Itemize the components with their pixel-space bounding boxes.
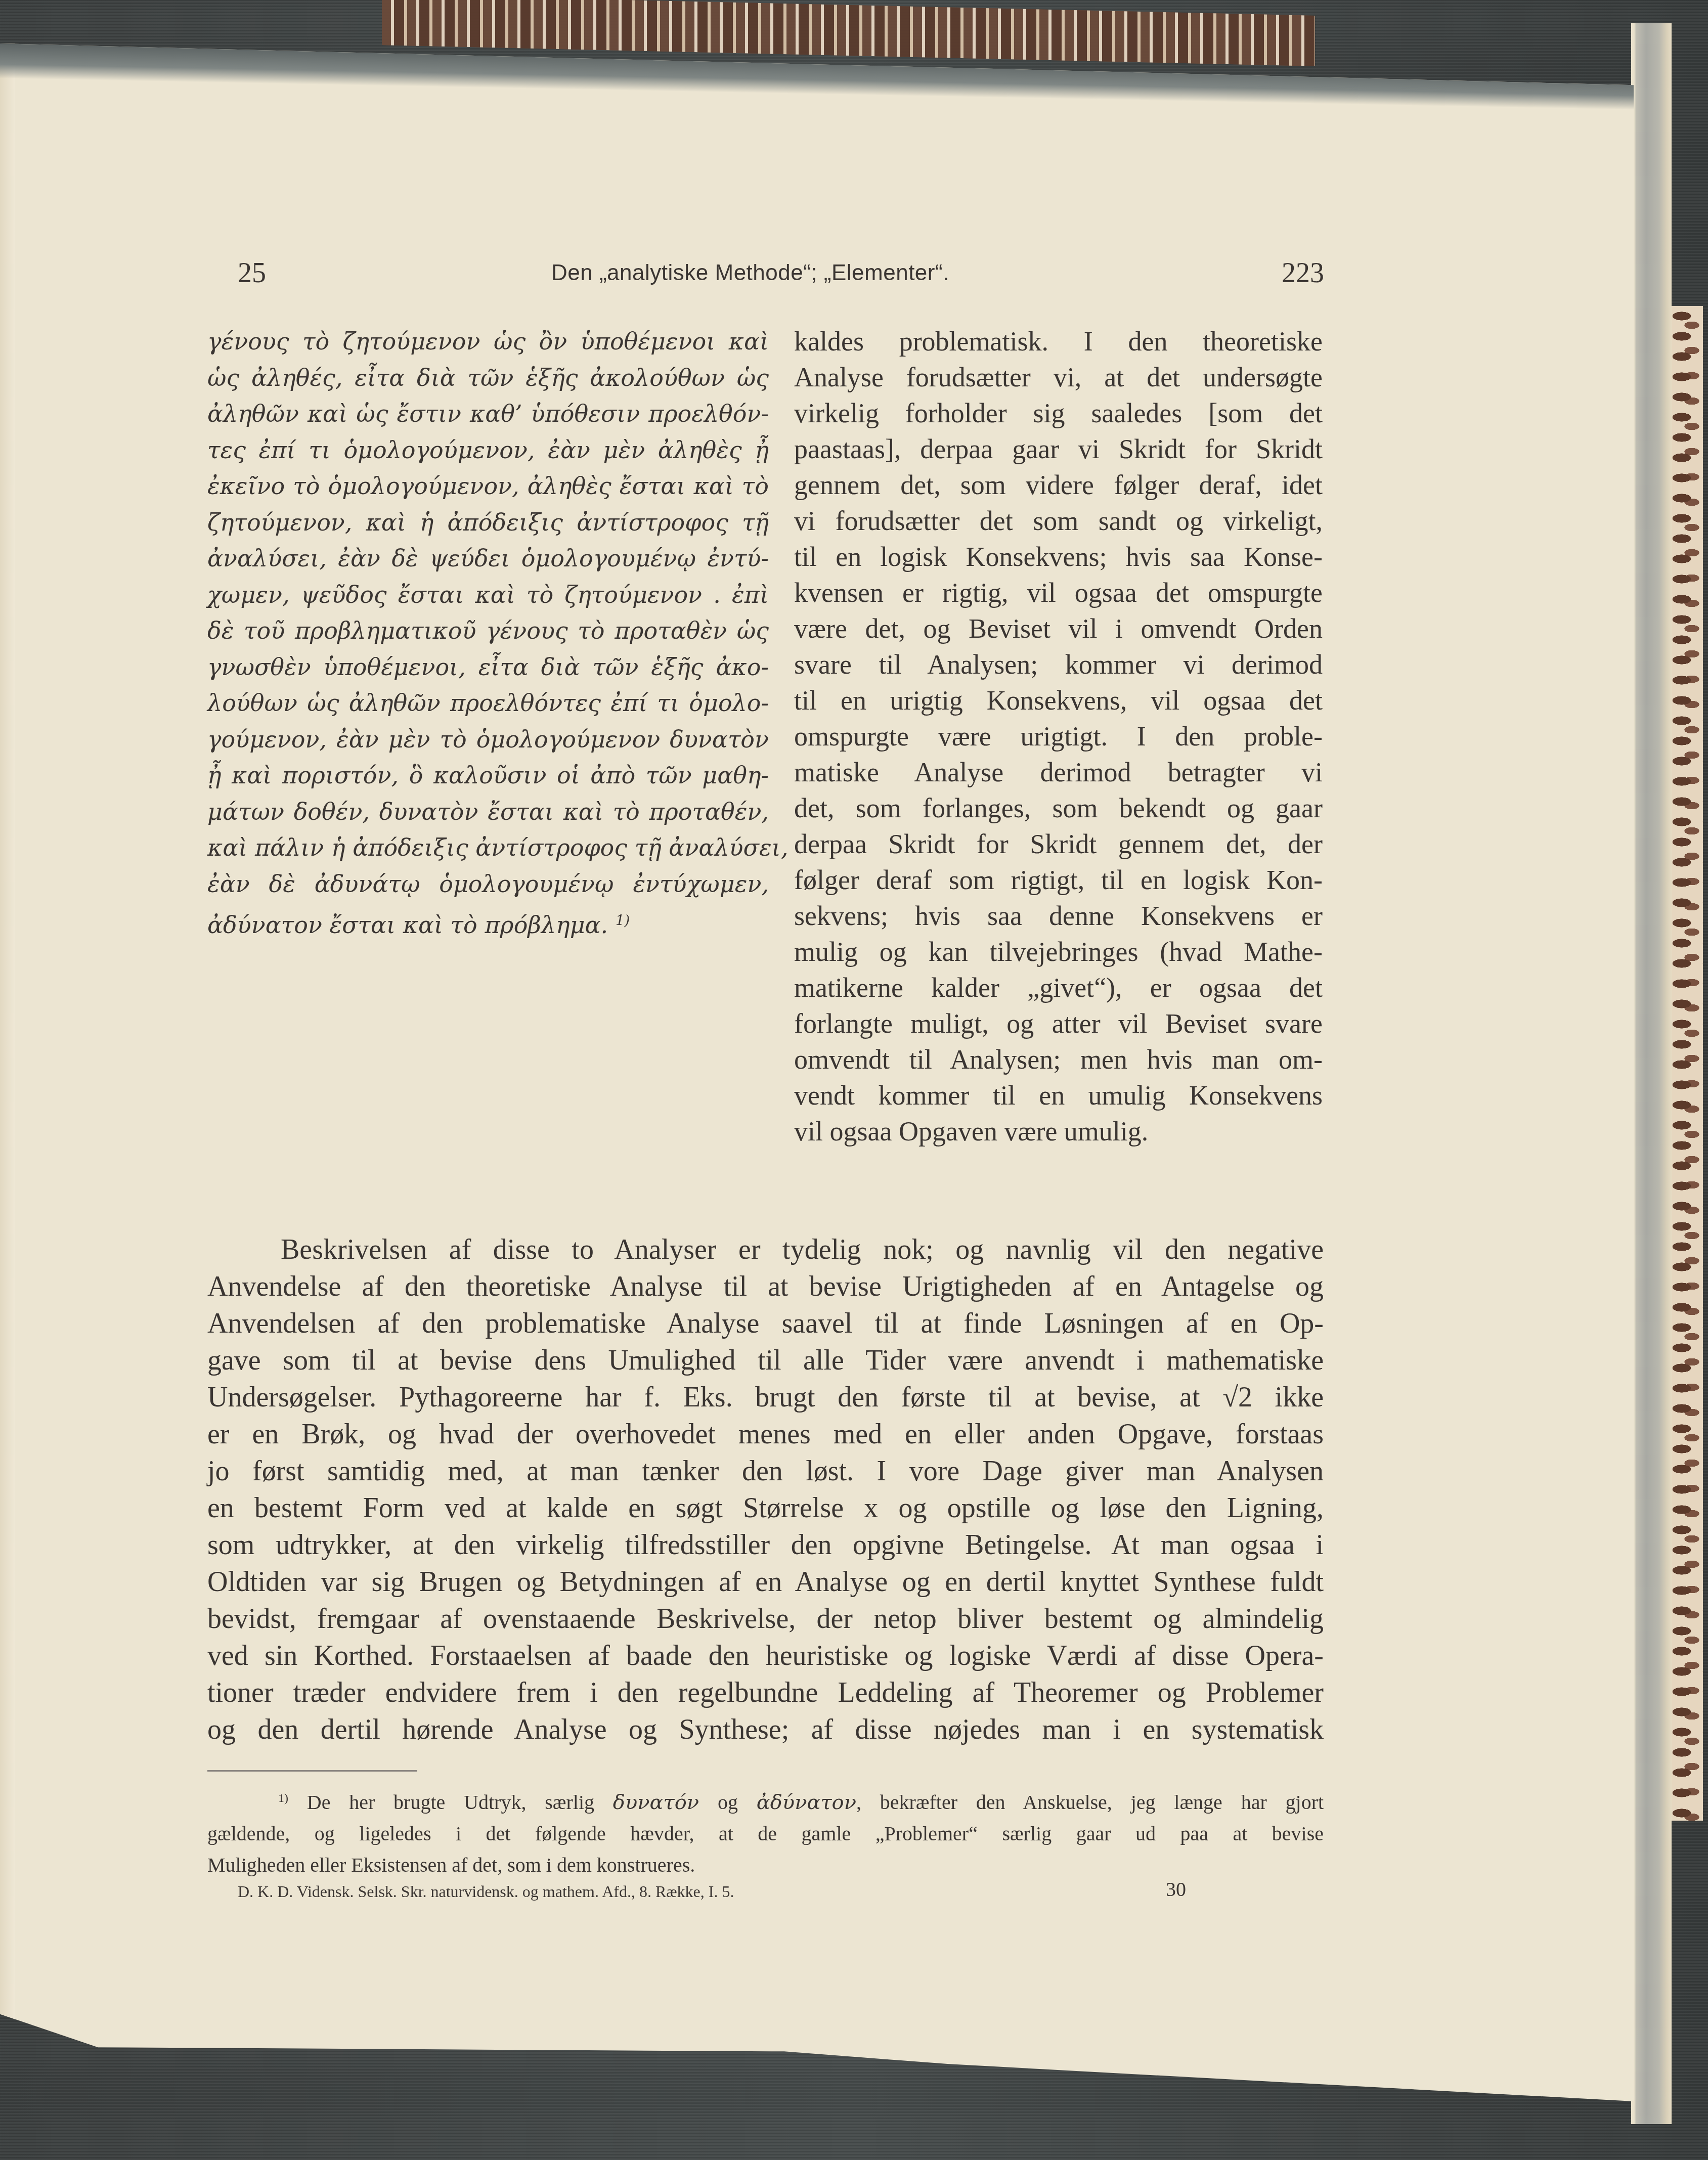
body-line: er en Brøk, og hvad der overhovedet mene… (207, 1416, 1324, 1453)
danish-line: matikerne kalder „givet“), er ogsaa det (794, 970, 1323, 1006)
danish-line: det, som forlanges, som bekendt og gaar (794, 790, 1323, 826)
greek-line: ἐκεῖνο τὸ ὁμολογούμενον, ἀληθὲς ἔσται κα… (207, 468, 769, 505)
danish-line: vendt kommer til en umulig Konsekvens (794, 1078, 1323, 1114)
marbled-endpaper-right (1672, 306, 1703, 1821)
footnote-line: Muligheden eller Eksistensen af det, som… (207, 1849, 1324, 1881)
danish-line: sekvens; hvis saa denne Konsekvens er (794, 898, 1323, 934)
danish-line: omvendt til Analysen; men hvis man om- (794, 1042, 1323, 1078)
greek-line: γένους τὸ ζητούμενον ὡς ὂν ὑποθέμενοι κα… (207, 324, 769, 360)
footnote-marker: 1) (278, 1792, 288, 1805)
greek-quotation-column: γένους τὸ ζητούμενον ὡς ὂν ὑποθέμενοι κα… (207, 324, 769, 944)
danish-line: kaldes problematisk. I den theoretiske (794, 324, 1323, 360)
greek-line: ἀληθῶν καὶ ὡς ἔστιν καθ’ ὑπόθεσιν προελθ… (207, 396, 769, 432)
danish-line: vil ogsaa Opgaven være umulig. (794, 1114, 1323, 1150)
greek-line: γούμενον, ἐὰν μὲν τὸ ὁμολογούμενον δυνατ… (207, 722, 769, 758)
greek-line: χωμεν, ψεῦδος ἔσται καὶ τὸ ζητούμενον . … (207, 577, 769, 613)
danish-translation-column: kaldes problematisk. I den theoretiske A… (794, 324, 1323, 1150)
footnote-line: 1) De her brugte Udtryk, særlig δυνατόν … (207, 1783, 1324, 1818)
footnote-line: gældende, og ligeledes i det følgende hæ… (207, 1818, 1324, 1849)
greek-line: καὶ πάλιν ἡ ἀπόδειξις ἀντίστροφος τῇ ἀνα… (207, 830, 769, 866)
danish-line: vi forudsætter det som sandt og virkelig… (794, 503, 1323, 539)
footnote-text: De her brugte Udtryk, særlig (307, 1791, 594, 1814)
greek-text: ἀδύνατον ἔσται καὶ τὸ πρόβλημα. (207, 911, 608, 939)
body-line: Undersøgelser. Pythagoreerne har f. Eks.… (207, 1379, 1324, 1416)
danish-line: gennem det, som videre følger deraf, ide… (794, 467, 1323, 503)
body-line: bevidst, fremgaar af ovenstaaende Beskri… (207, 1601, 1324, 1638)
body-line: jo først samtidig med, at man tænker den… (207, 1453, 1324, 1490)
danish-line: omspurgte være urigtigt. I den proble- (794, 719, 1323, 755)
body-line: tioner træder endvidere frem i den regel… (207, 1674, 1324, 1711)
greek-line: τες ἐπί τι ὁμολογούμενον, ἐὰν μὲν ἀληθὲς… (207, 432, 769, 469)
danish-line: forlangte muligt, og atter vil Beviset s… (794, 1006, 1323, 1042)
body-line: Oldtiden var sig Brugen og Betydningen a… (207, 1564, 1324, 1601)
body-line: og den dertil hørende Analyse og Synthes… (207, 1711, 1324, 1748)
greek-line: γνωσθὲν ὑποθέμενοι, εἶτα διὰ τῶν ἑξῆς ἀκ… (207, 649, 769, 686)
body-line: en bestemt Form ved at kalde en søgt Stø… (207, 1490, 1324, 1527)
danish-line: kvensen er rigtig, vil ogsaa det omspurg… (794, 575, 1323, 611)
body-line: ved sin Korthed. Forstaaelsen af baade d… (207, 1638, 1324, 1674)
danish-line: være det, og Beviset vil i omvendt Orden (794, 611, 1323, 647)
footnote-divider (207, 1770, 417, 1772)
danish-line: til en logisk Konsekvens; hvis saa Konse… (794, 539, 1323, 575)
greek-line: ζητούμενον, καὶ ἡ ἀπόδειξις ἀντίστροφος … (207, 505, 769, 541)
body-paragraph: Beskrivelsen af disse to Analyser er tyd… (207, 1231, 1324, 1748)
footnote-text: , bekræfter den Anskuelse, jeg længe har… (856, 1791, 1324, 1814)
greek-line: ᾖ καὶ ποριστόν, ὃ καλοῦσιν οἱ ἀπὸ τῶν μα… (207, 758, 769, 794)
body-line: Anvendelsen af den problematiske Analyse… (207, 1305, 1324, 1342)
body-line: gave som til at bevise dens Umulighed ti… (207, 1342, 1324, 1379)
danish-line: mulig og kan tilvejebringes (hvad Mathe- (794, 934, 1323, 970)
danish-line: paastaas], derpaa gaar vi Skridt for Skr… (794, 431, 1323, 467)
body-line: Anvendelse af den theoretiske Analyse ti… (207, 1268, 1324, 1305)
greek-line: λούθων ὡς ἀληθῶν προελθόντες ἐπί τι ὁμολ… (207, 685, 769, 722)
danish-line: til en urigtig Konsekvens, vil ogsaa det (794, 683, 1323, 719)
greek-line: δὲ τοῦ προβληματικοῦ γένους τὸ προταθὲν … (207, 613, 769, 649)
greek-term: δυνατόν (613, 1791, 699, 1814)
greek-term: ἀδύνατον (757, 1791, 856, 1814)
danish-line: virkelig forholder sig saaledes [som det (794, 395, 1323, 431)
running-head: 25 Den „analytiske Methode“; „Elementer“… (238, 255, 1324, 291)
greek-line: ὡς ἀληθές, εἶτα διὰ τῶν ἑξῆς ἀκολούθων ὡ… (207, 360, 769, 396)
greek-line-last: ἀδύνατον ἔσται καὶ τὸ πρόβλημα. 1) (207, 902, 769, 944)
signature-mark: 30 (1166, 1877, 1186, 1901)
page-block-edge (1631, 23, 1672, 2124)
series-imprint: D. K. D. Vidensk. Selsk. Skr. naturviden… (238, 1882, 734, 1901)
danish-line: Analyse forudsætter vi, at det undersøgt… (794, 360, 1323, 395)
danish-line: derpaa Skridt for Skridt gennem det, der (794, 826, 1323, 862)
danish-line: svare til Analysen; kommer vi derimod (794, 647, 1323, 683)
body-line: som udtrykker, at den virkelig tilfredss… (207, 1527, 1324, 1564)
danish-line: matiske Analyse derimod betragter vi (794, 755, 1323, 790)
greek-line: ἐὰν δὲ ἀδυνάτῳ ὁμολογουμένῳ ἐντύχωμεν, (207, 866, 769, 903)
section-number: 25 (238, 255, 266, 291)
footnote-text: og (718, 1791, 738, 1814)
greek-line: ἀναλύσει, ἐὰν δὲ ψεύδει ὁμολογουμένῳ ἐντ… (207, 541, 769, 577)
footnote-ref[interactable]: 1) (616, 912, 630, 929)
footnote: 1) De her brugte Udtryk, særlig δυνατόν … (207, 1783, 1324, 1881)
danish-line: følger deraf som rigtigt, til en logisk … (794, 862, 1323, 898)
greek-line: μάτων δοθέν, δυνατὸν ἔσται καὶ τὸ προταθ… (207, 794, 769, 830)
body-line: Beskrivelsen af disse to Analyser er tyd… (207, 1231, 1324, 1268)
running-title: Den „analytiske Methode“; „Elementer“. (551, 255, 949, 291)
page-number: 223 (1282, 255, 1324, 291)
